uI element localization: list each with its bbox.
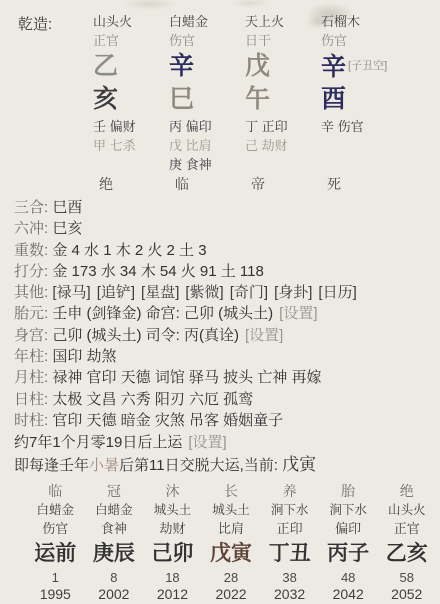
luck-pillar: 丁丑	[260, 538, 319, 569]
row-value: 金 4 水 1 木 2 火 2 土 3	[52, 242, 206, 259]
luck-pillar: 庚辰	[85, 538, 144, 569]
luck-nayin: 城头土	[143, 502, 202, 519]
luck-age: 38	[260, 569, 319, 586]
hidden-stem-empty	[245, 155, 321, 174]
luck-age: 1	[26, 569, 85, 586]
hidden-stem: 壬 偏财	[93, 117, 169, 136]
ziwei-button[interactable]: [紫微]	[185, 284, 223, 301]
heavenly-stem: 乙	[93, 50, 169, 83]
luck-column-5[interactable]: 胎 涧下水 偏印 丙子 48 2042	[319, 483, 378, 603]
row-value: 禄神 官印 天德 词馆 驿马 披头 亡神 再嫁	[52, 369, 321, 386]
luck-year: 2032	[260, 586, 319, 603]
earthly-branch: 午	[245, 83, 321, 117]
luck-age: 48	[319, 569, 378, 586]
luck-column-1[interactable]: 冠 白蜡金 食神 庚辰 8 2002	[85, 483, 144, 603]
luck-ten-god: 伤官	[26, 519, 85, 538]
luck-stage: 养	[260, 483, 319, 500]
hidden-stem: 甲 七杀	[93, 136, 169, 155]
luck-stage: 沐	[143, 483, 202, 500]
hidden-stem-empty	[321, 155, 397, 174]
luck-stage: 临	[26, 483, 85, 500]
row-value: 壬申 (剑锋金) 命宫: 己卯 (城头土)	[52, 305, 273, 322]
luck-start-text: 约7年1个月零19日后上运	[14, 434, 182, 451]
settings-button[interactable]: [设置]	[188, 434, 226, 451]
settings-button[interactable]: [设置]	[279, 305, 317, 322]
luck-pillar-table: 临 白蜡金 伤官 运前 1 1995 冠 白蜡金 食神 庚辰 8 2002 沐 …	[26, 483, 436, 603]
luck-pillar: 乙亥	[377, 538, 436, 569]
luck-year: 2052	[377, 586, 436, 603]
current-luck-pillar: 戊寅	[282, 455, 316, 474]
settings-button[interactable]: [设置]	[245, 327, 283, 344]
luck-ten-god: 劫财	[143, 519, 202, 538]
luck-age: 28	[202, 569, 261, 586]
hidden-stem: 辛 伤官	[321, 117, 397, 136]
hidden-stem: 丁 正印	[245, 117, 321, 136]
life-stage: 帝	[245, 174, 321, 194]
heavenly-stem: 戊	[245, 50, 321, 83]
luck-stage: 冠	[85, 483, 144, 500]
row-value: 巳酉	[52, 199, 82, 216]
luck-pillar: 丙子	[319, 538, 378, 569]
luck-start-line: 约7年1个月零19日后上运[设置]	[14, 432, 436, 454]
luck-nayin: 城头土	[202, 502, 261, 519]
row-label: 日柱:	[14, 391, 48, 408]
luck-pillar: 运前	[26, 538, 85, 569]
luck-age: 8	[85, 569, 144, 586]
luck-nayin: 涧下水	[319, 502, 378, 519]
pillar-year: 山头火 正官 乙 亥 壬 偏财 甲 七杀 绝	[93, 12, 169, 194]
luck-stage: 胎	[319, 483, 378, 500]
nayin-label: 天上火	[245, 12, 321, 31]
row-value: 官印 天德 暗金 灾煞 吊客 婚姻童子	[52, 412, 283, 429]
row-label: 身宫:	[14, 327, 48, 344]
row-value: 己卯 (城头土) 司令: 丙(真诠)	[52, 327, 239, 344]
luck-pillar: 己卯	[143, 538, 202, 569]
row-shizhu: 时柱: 官印 天德 暗金 灾煞 吊客 婚姻童子	[14, 410, 436, 431]
luck-year: 2022	[202, 586, 261, 603]
luck-year: 2042	[319, 586, 378, 603]
ten-god-label: 正官	[93, 31, 169, 50]
ten-god-label: 日干	[245, 31, 321, 50]
stem-char: 辛	[321, 53, 346, 81]
luck-age: 58	[377, 569, 436, 586]
pillar-day: 天上火 日干 戊 午 丁 正印 己 劫财 帝	[245, 12, 321, 194]
luck-switch-prefix: 即每逢壬年	[14, 457, 89, 474]
row-label: 三合:	[14, 199, 48, 216]
life-stage: 死	[321, 174, 397, 194]
luck-age: 18	[143, 569, 202, 586]
life-stage: 临	[169, 174, 245, 194]
zhuichan-button[interactable]: [追铲]	[97, 284, 135, 301]
row-taiyuan: 胎元: 壬申 (剑锋金) 命宫: 己卯 (城头土)[设置]	[14, 303, 436, 324]
row-value: 国印 劫煞	[52, 348, 116, 365]
row-zhongshu: 重数: 金 4 水 1 木 2 火 2 土 3	[14, 240, 436, 261]
ten-god-label: 伤官	[169, 31, 245, 50]
row-label: 月柱:	[14, 369, 48, 386]
luck-column-4[interactable]: 养 涧下水 正印 丁丑 38 2032	[260, 483, 319, 603]
luck-column-3-current[interactable]: 长 城头土 比肩 戊寅 28 2022	[202, 483, 261, 603]
luck-stage: 绝	[377, 483, 436, 500]
row-liuchong: 六冲: 巳亥	[14, 218, 436, 239]
hidden-stem: 戊 比肩	[169, 136, 245, 155]
row-label: 重数:	[14, 242, 48, 259]
row-label: 年柱:	[14, 348, 48, 365]
luck-nayin: 白蜡金	[26, 502, 85, 519]
luck-column-0[interactable]: 临 白蜡金 伤官 运前 1 1995	[26, 483, 85, 603]
ten-god-label: 伤官	[321, 31, 397, 50]
row-rizhu: 日柱: 太极 文昌 六秀 阳刃 六厄 孤鸾	[14, 389, 436, 410]
luck-nayin: 涧下水	[260, 502, 319, 519]
row-label: 胎元:	[14, 305, 48, 322]
life-stage: 绝	[93, 174, 169, 194]
row-qita: 其他: [禄马][追铲][星盘][紫微][奇门][身卦][日历]	[14, 282, 436, 303]
nayin-label: 山头火	[93, 12, 169, 31]
luck-ten-god: 比肩	[202, 519, 261, 538]
xingpan-button[interactable]: [星盘]	[141, 284, 179, 301]
four-pillars: 山头火 正官 乙 亥 壬 偏财 甲 七杀 绝 白蜡金 伤官 辛 巳 丙 偏印 戊…	[93, 12, 397, 194]
luck-ten-god: 正印	[260, 519, 319, 538]
luck-nayin: 山头火	[377, 502, 436, 519]
luck-column-6[interactable]: 绝 山头火 正官 乙亥 58 2052	[377, 483, 436, 603]
heavenly-stem: 辛	[169, 50, 245, 83]
rili-button[interactable]: [日历]	[318, 284, 356, 301]
hidden-stem: 己 劫财	[245, 136, 321, 155]
solar-term: 小暑	[89, 457, 119, 474]
luck-ten-god: 正官	[377, 519, 436, 538]
luck-switch-line: 即每逢壬年小暑后第11日交脱大运,当前: 戊寅	[14, 454, 436, 477]
hidden-stem: 庚 食神	[169, 155, 245, 174]
row-value: 金 173 水 34 木 54 火 91 土 118	[52, 263, 264, 280]
shengua-button[interactable]: [身卦]	[274, 284, 312, 301]
row-yuezhu: 月柱: 禄神 官印 天德 词馆 驿马 披头 亡神 再嫁	[14, 367, 436, 388]
luck-year: 2002	[85, 586, 144, 603]
row-shengong: 身宫: 己卯 (城头土) 司令: 丙(真诠)[设置]	[14, 325, 436, 346]
row-label: 时柱:	[14, 412, 48, 429]
nayin-label: 石榴木	[321, 12, 397, 31]
luck-year: 1995	[26, 586, 85, 603]
qimen-button[interactable]: [奇门]	[230, 284, 268, 301]
earthly-branch: 酉	[321, 83, 397, 117]
hidden-stem: 丙 偏印	[169, 117, 245, 136]
luck-stage: 长	[202, 483, 261, 500]
luck-year: 2012	[143, 586, 202, 603]
row-label: 六冲:	[14, 220, 48, 237]
nayin-label: 白蜡金	[169, 12, 245, 31]
row-label: 其他:	[14, 284, 48, 301]
luma-button[interactable]: [禄马]	[52, 284, 90, 301]
hidden-stem-empty	[93, 155, 169, 174]
luck-ten-god: 偏印	[319, 519, 378, 538]
luck-ten-god: 食神	[85, 519, 144, 538]
earthly-branch: 亥	[93, 83, 169, 117]
row-value: 太极 文昌 六秀 阳刃 六厄 孤鸾	[52, 391, 253, 408]
row-nianzhu: 年柱: 国印 劫煞	[14, 346, 436, 367]
pillar-month: 白蜡金 伤官 辛 巳 丙 偏印 戊 比肩 庚 食神 临	[169, 12, 245, 194]
luck-switch-suffix: 后第11日交脱大运,当前:	[119, 457, 282, 474]
row-sanhe: 三合: 巳酉	[14, 197, 436, 218]
row-label: 打分:	[14, 263, 48, 280]
luck-column-2[interactable]: 沐 城头土 劫财 己卯 18 2012	[143, 483, 202, 603]
earthly-branch: 巳	[169, 83, 245, 117]
info-section: 三合: 巳酉 六冲: 巳亥 重数: 金 4 水 1 木 2 火 2 土 3 打分…	[14, 197, 436, 477]
pillar-hour: 石榴木 伤官 辛[子丑空] 酉 辛 伤官 死	[321, 12, 397, 194]
row-value: 巳亥	[52, 220, 82, 237]
void-note: [子丑空]	[348, 60, 387, 72]
row-dafen: 打分: 金 173 水 34 木 54 火 91 土 118	[14, 261, 436, 282]
bazi-chart-screen: 乾造: 山头火 正官 乙 亥 壬 偏财 甲 七杀 绝 白蜡金 伤官 辛 巳 丙 …	[0, 0, 440, 604]
chart-type-label: 乾造:	[18, 13, 52, 34]
heavenly-stem: 辛[子丑空]	[321, 50, 397, 83]
luck-pillar-current: 戊寅	[202, 538, 261, 569]
hidden-stem-empty	[321, 136, 397, 155]
luck-nayin: 白蜡金	[85, 502, 144, 519]
